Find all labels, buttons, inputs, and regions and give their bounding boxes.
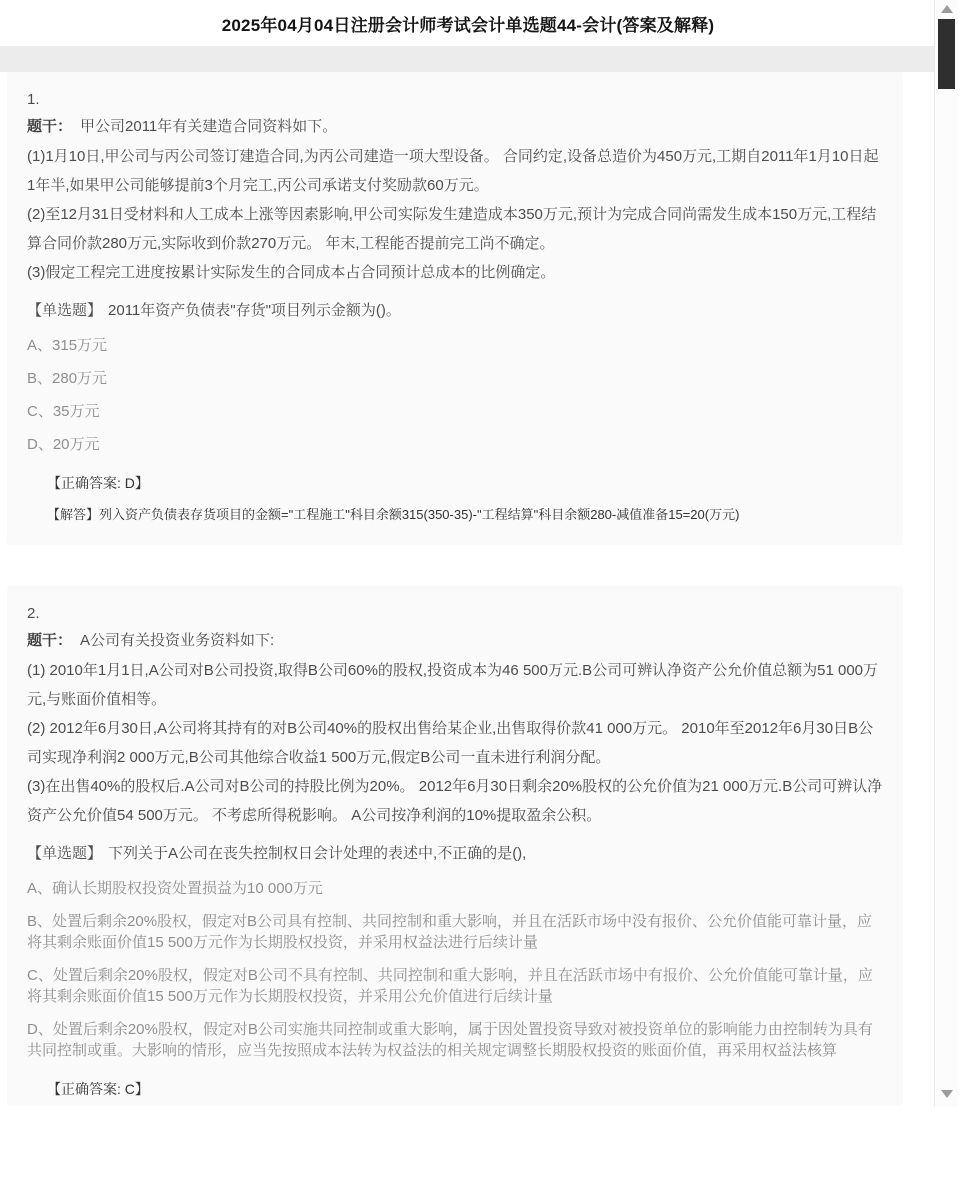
question-type-label: 【单选题】 — [27, 302, 102, 319]
option-a: A、确认长期股权投资处置损益为10 000万元 — [27, 878, 885, 899]
correct-answer: 【正确答案: D】 — [47, 475, 885, 492]
scroll-thumb[interactable] — [938, 19, 955, 89]
question-card-1: 1. 题干：甲公司2011年有关建造合同资料如下。 (1)1月10日,甲公司与丙… — [7, 72, 903, 545]
stem-label: 题干： — [27, 118, 72, 135]
question-line: 【单选题】2011年资产负债表"存货"项目列示金额为()。 — [27, 299, 885, 323]
question-paragraph: (3)假定工程完工进度按累计实际发生的合同成本占合同预计总成本的比例确定。 — [27, 258, 885, 287]
question-paragraph: (2) 2012年6月30日,A公司将其持有的对B公司40%的股权出售给某企业,… — [27, 714, 885, 772]
scroll-down-icon[interactable] — [941, 1090, 953, 1098]
question-type-label: 【单选题】 — [27, 845, 102, 862]
scroll-up-icon[interactable] — [941, 5, 953, 13]
option-b: B、280万元 — [27, 368, 885, 389]
option-c: C、35万元 — [27, 401, 885, 422]
question-paragraph: (3)在出售40%的股权后.A公司对B公司的持股比例为20%。 2012年6月3… — [27, 772, 885, 830]
question-text: 下列关于A公司在丧失控制权日会计处理的表述中,不正确的是(), — [108, 845, 526, 862]
stem-label: 题干： — [27, 632, 72, 649]
correct-answer: 【正确答案: C】 — [47, 1081, 885, 1098]
header-divider-band — [0, 46, 936, 72]
option-b: B、处置后剩余20%股权，假定对B公司具有控制、共同控制和重大影响，并且在活跃市… — [27, 911, 885, 953]
question-line: 【单选题】下列关于A公司在丧失控制权日会计处理的表述中,不正确的是(), — [27, 842, 885, 866]
question-stem-line: 题干：甲公司2011年有关建造合同资料如下。 — [27, 112, 885, 142]
stem-text: 甲公司2011年有关建造合同资料如下。 — [80, 118, 337, 135]
option-d: D、处置后剩余20%股权，假定对B公司实施共同控制或重大影响，属于因处置投资导致… — [27, 1019, 885, 1061]
page-title: 2025年04月04日注册会计师考试会计单选题44-会计(答案及解释) — [222, 11, 715, 36]
question-card-2: 2. 题干：A公司有关投资业务资料如下: (1) 2010年1月1日,A公司对B… — [7, 586, 903, 1106]
question-text: 2011年资产负债表"存货"项目列示金额为()。 — [108, 302, 401, 319]
question-paragraph: (1)1月10日,甲公司与丙公司签订建造合同,为丙公司建造一项大型设备。 合同约… — [27, 142, 885, 200]
option-a: A、315万元 — [27, 335, 885, 356]
question-stem-line: 题干：A公司有关投资业务资料如下: — [27, 626, 885, 656]
question-paragraph: (1) 2010年1月1日,A公司对B公司投资,取得B公司60%的股权,投资成本… — [27, 656, 885, 714]
option-d: D、20万元 — [27, 434, 885, 455]
question-paragraph: (2)至12月31日受材料和人工成本上涨等因素影响,甲公司实际发生建造成本350… — [27, 200, 885, 258]
page-header: 2025年04月04日注册会计师考试会计单选题44-会计(答案及解释) — [0, 0, 936, 46]
question-number: 2. — [27, 602, 885, 626]
explanation: 【解答】列入资产负债表存货项目的金额="工程施工"科目余额315(350-35)… — [47, 506, 885, 523]
question-number: 1. — [27, 88, 885, 112]
option-c: C、处置后剩余20%股权，假定对B公司不具有控制、共同控制和重大影响，并且在活跃… — [27, 965, 885, 1007]
scrollbar[interactable] — [934, 0, 958, 1107]
stem-text: A公司有关投资业务资料如下: — [80, 632, 274, 649]
